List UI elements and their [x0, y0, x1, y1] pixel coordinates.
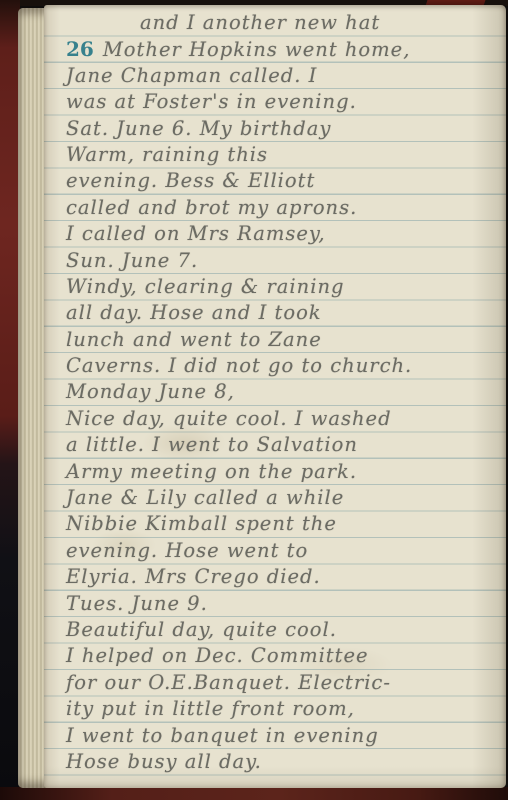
diary-line: was at Foster's in evening.	[66, 89, 502, 115]
diary-line: Beautiful day, quite cool.	[66, 617, 502, 643]
diary-page: and I another new hat 26Mother Hopkins w…	[44, 5, 506, 788]
diary-line: Nibbie Kimball spent the	[66, 511, 502, 537]
diary-line: all day. Hose and I took	[66, 300, 502, 326]
diary-line: Jane Chapman called. I	[66, 63, 502, 89]
handwritten-text: Elyria. Mrs Crego died.	[66, 565, 321, 588]
handwritten-text: Hose busy all day.	[66, 750, 262, 773]
diary-photo: and I another new hat 26Mother Hopkins w…	[0, 0, 508, 800]
handwritten-text: Windy, clearing & raining	[66, 275, 345, 298]
book-cover-bottom	[0, 787, 508, 800]
diary-line: Caverns. I did not go to church.	[66, 353, 502, 379]
handwritten-text: Warm, raining this	[66, 143, 268, 166]
diary-line: ity put in little front room,	[66, 696, 502, 722]
diary-line: called and brot my aprons.	[66, 195, 502, 221]
handwritten-text: I called on Mrs Ramsey,	[66, 222, 326, 245]
handwritten-text-block: and I another new hat 26Mother Hopkins w…	[44, 5, 506, 775]
handwritten-text: was at Foster's in evening.	[66, 90, 357, 113]
handwritten-text: Mother Hopkins went home,	[103, 38, 411, 61]
handwritten-text: evening. Hose went to	[66, 539, 308, 562]
diary-line: Warm, raining this	[66, 142, 502, 168]
diary-line: Jane & Lily called a while	[66, 485, 502, 511]
diary-line: Sat. June 6. My birthday	[66, 116, 502, 142]
diary-line: Tues. June 9.	[66, 591, 502, 617]
diary-line: for our O.E.Banquet. Electric-	[66, 670, 502, 696]
book-cover-spine	[0, 0, 20, 800]
diary-line: lunch and went to Zane	[66, 327, 502, 353]
handwritten-text: a little. I went to Salvation	[66, 433, 358, 456]
handwritten-text: I helped on Dec. Committee	[66, 644, 369, 667]
diary-line: evening. Hose went to	[66, 538, 502, 564]
diary-line: and I another new hat	[66, 10, 502, 36]
diary-line: I called on Mrs Ramsey,	[66, 221, 502, 247]
handwritten-text: and I another new hat	[140, 11, 380, 34]
diary-line: Windy, clearing & raining	[66, 274, 502, 300]
diary-line: Monday June 8,	[66, 379, 502, 405]
diary-line: I helped on Dec. Committee	[66, 643, 502, 669]
handwritten-text: Jane & Lily called a while	[66, 486, 344, 509]
handwritten-text: Sun. June 7.	[66, 249, 198, 272]
handwritten-text: Army meeting on the park.	[66, 460, 357, 483]
diary-line: I went to banquet in evening	[66, 723, 502, 749]
handwritten-text: evening. Bess & Elliott	[66, 169, 315, 192]
diary-line: Nice day, quite cool. I washed	[66, 406, 502, 432]
diary-line: evening. Bess & Elliott	[66, 168, 502, 194]
handwritten-text: Beautiful day, quite cool.	[66, 618, 337, 641]
handwritten-text: Sat. June 6. My birthday	[66, 117, 331, 140]
diary-line: Elyria. Mrs Crego died.	[66, 564, 502, 590]
printed-page-number: 26	[66, 37, 94, 61]
diary-line: 26Mother Hopkins went home,	[66, 36, 502, 62]
handwritten-text: Monday June 8,	[66, 380, 235, 403]
handwritten-text: for our O.E.Banquet. Electric-	[66, 671, 391, 694]
handwritten-text: Jane Chapman called. I	[66, 64, 317, 87]
handwritten-text: ity put in little front room,	[66, 697, 355, 720]
handwritten-text: Caverns. I did not go to church.	[66, 354, 412, 377]
handwritten-text: Nibbie Kimball spent the	[66, 512, 337, 535]
diary-line: Sun. June 7.	[66, 248, 502, 274]
handwritten-text: lunch and went to Zane	[66, 328, 322, 351]
handwritten-text: Tues. June 9.	[66, 592, 208, 615]
diary-line: Hose busy all day.	[66, 749, 502, 775]
handwritten-text: Nice day, quite cool. I washed	[66, 407, 392, 430]
diary-line: Army meeting on the park.	[66, 459, 502, 485]
handwritten-text: I went to banquet in evening	[66, 724, 379, 747]
handwritten-text: called and brot my aprons.	[66, 196, 357, 219]
diary-line: a little. I went to Salvation	[66, 432, 502, 458]
handwritten-text: all day. Hose and I took	[66, 301, 322, 324]
